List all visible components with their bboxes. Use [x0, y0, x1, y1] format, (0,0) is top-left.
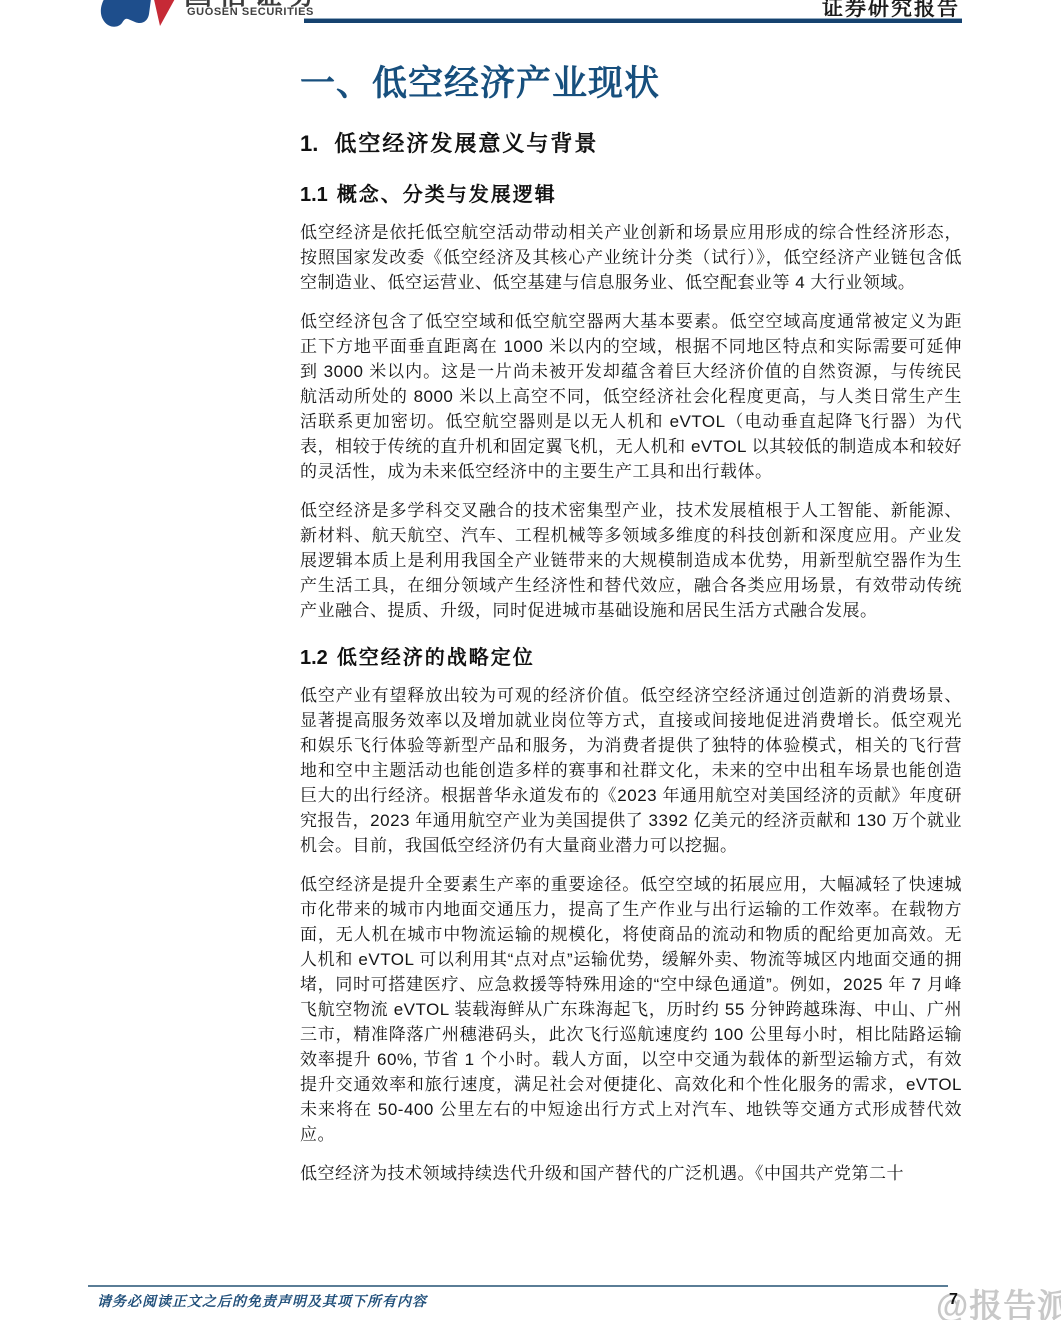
section-number: 1. — [300, 131, 318, 156]
subsection-title: 低空经济的战略定位 — [337, 647, 535, 669]
report-content: 一、低空经济产业现状 1.低空经济发展意义与背景 1.1概念、分类与发展逻辑 低… — [300, 60, 962, 1186]
subsection-heading-1-1: 1.1概念、分类与发展逻辑 — [300, 184, 962, 206]
disclaimer-text: 请务必阅读正文之后的免责声明及其项下所有内容 — [97, 1291, 427, 1311]
paragraph-2: 低空经济包含了低空空域和低空航空器两大基本要素。低空空域高度通常被定义为距正下方… — [300, 309, 962, 484]
watermark-text: 报告派 — [969, 1287, 1061, 1320]
header-divider — [304, 18, 962, 23]
chapter-title: 一、低空经济产业现状 — [300, 64, 962, 104]
subsection-title: 概念、分类与发展逻辑 — [337, 184, 557, 206]
paragraph-5: 低空经济是提升全要素生产率的重要途径。低空空域的拓展应用，大幅减轻了快速城市化带… — [300, 872, 962, 1147]
report-page: 国信证券 GUOSEN SECURITIES 证券研究报告 一、低空经济产业现状… — [0, 0, 1061, 1320]
paragraph-6: 低空经济为技术领域持续迭代升级和国产替代的广泛机遇。《中国共产党第二十 — [300, 1161, 962, 1186]
page-number: 7 — [949, 1291, 958, 1309]
section-title: 低空经济发展意义与背景 — [334, 131, 598, 156]
paragraph-4: 低空产业有望释放出较为可观的经济价值。低空经济空经济通过创造新的消费场景、显著提… — [300, 683, 962, 858]
subsection-number: 1.2 — [300, 647, 328, 669]
guosen-logo-icon — [95, 0, 185, 45]
section-heading-1: 1.低空经济发展意义与背景 — [300, 132, 962, 156]
paragraph-1: 低空经济是依托低空航空活动带动相关产业创新和场景应用形成的综合性经济形态，按照国… — [300, 220, 962, 295]
subsection-number: 1.1 — [300, 184, 328, 206]
logo-english-name: GUOSEN SECURITIES — [187, 6, 314, 18]
paragraph-3: 低空经济是多学科交叉融合的技术密集型产业，技术发展植根于人工智能、新能源、新材料… — [300, 498, 962, 623]
subsection-heading-1-2: 1.2低空经济的战略定位 — [300, 647, 962, 669]
footer-divider — [88, 1285, 948, 1287]
